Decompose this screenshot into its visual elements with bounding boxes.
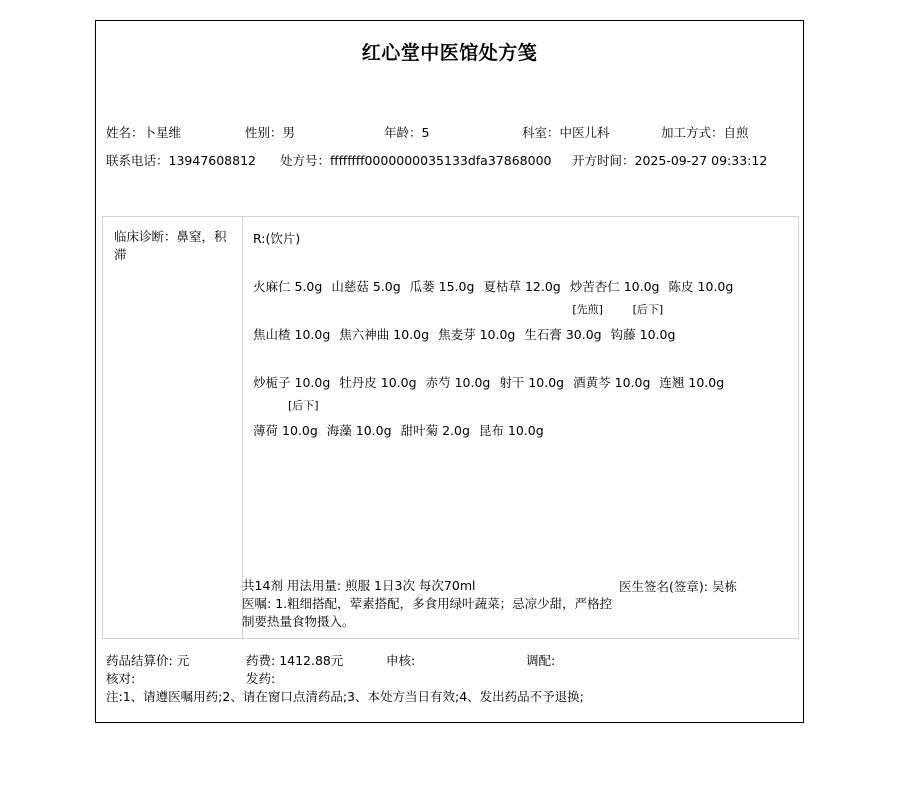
- herb-item: 海藻 10.0g: [327, 421, 392, 439]
- issue-field: 发药:: [246, 669, 275, 687]
- herb-item: [后下]钩藤 10.0g: [611, 325, 676, 343]
- herb-line-3: 炒栀子 10.0g牡丹皮 10.0g赤芍 10.0g射干 10.0g酒黄芩 10…: [253, 373, 733, 391]
- doctor-signature: 医生签名(签章): 吴栋: [619, 577, 737, 595]
- usage-dosage: 共14剂 用法用量: 煎服 1日3次 每次70ml: [242, 577, 622, 595]
- herb-item: 焦六神曲 10.0g: [339, 325, 429, 343]
- prescription-sheet: 红心堂中医馆处方笺 姓名：卜星维 性别：男 年龄：5 科室：中医儿科 加工方式：…: [95, 20, 804, 723]
- decoction-note: [先煎]: [572, 301, 603, 317]
- herb-line-1: 火麻仁 5.0g山慈菇 5.0g瓜蒌 15.0g夏枯草 12.0g炒苦杏仁 10…: [253, 277, 742, 295]
- decoction-note: [后下]: [633, 301, 664, 317]
- drug-fee: 药费: 1412.88元: [246, 651, 343, 669]
- dispense-field: 调配:: [526, 651, 555, 669]
- prescription-time: 开方时间：2025-09-27 09:33:12: [572, 151, 767, 169]
- patient-gender: 性别：男: [245, 123, 295, 141]
- medical-advice: 医嘱: 1.粗细搭配，荤素搭配，多食用绿叶蔬菜；忌凉少甜，严格控制要热量食物摄入…: [242, 595, 617, 631]
- processing-method: 加工方式：自煎: [661, 123, 749, 141]
- contact-phone: 联系电话：13947608812: [106, 151, 256, 169]
- herb-item: [先煎]生石膏 30.0g: [524, 325, 601, 343]
- herb-item: 昆布 10.0g: [479, 421, 544, 439]
- herb-item: 甜叶菊 2.0g: [401, 421, 470, 439]
- herb-item: 酒黄芩 10.0g: [573, 373, 650, 391]
- clinical-diagnosis: 临床诊断：鼻窒，积滞: [114, 228, 236, 264]
- herb-item: 射干 10.0g: [499, 373, 564, 391]
- rx-type-label: R:(饮片): [253, 229, 300, 247]
- department: 科室：中医儿科: [522, 123, 610, 141]
- herb-item: 山慈菇 5.0g: [331, 277, 400, 295]
- decoction-note: [后下]: [288, 397, 319, 413]
- herb-item: 焦山楂 10.0g: [253, 325, 330, 343]
- footer-notes: 注:1、请遵医嘱用药;2、请在窗口点清药品;3、本处方当日有效;4、发出药品不予…: [106, 687, 584, 705]
- herb-item: 夏枯草 12.0g: [483, 277, 560, 295]
- herb-item: 连翘 10.0g: [659, 373, 724, 391]
- prescription-number: 处方号：ffffffff0000000035133dfa37868000: [280, 151, 551, 169]
- herb-item: 瓜蒌 15.0g: [410, 277, 475, 295]
- patient-name: 姓名：卜星维: [106, 123, 181, 141]
- herb-item: 火麻仁 5.0g: [253, 277, 322, 295]
- settlement-price: 药品结算价: 元: [106, 651, 189, 669]
- prescription-content: R:(饮片) 火麻仁 5.0g山慈菇 5.0g瓜蒌 15.0g夏枯草 12.0g…: [253, 217, 798, 638]
- herb-item: 焦麦芽 10.0g: [438, 325, 515, 343]
- prescription-box: 临床诊断：鼻窒，积滞 R:(饮片) 火麻仁 5.0g山慈菇 5.0g瓜蒌 15.…: [102, 216, 799, 639]
- patient-age: 年龄：5: [384, 123, 429, 141]
- herb-item: [后下]薄荷 10.0g: [253, 421, 318, 439]
- herb-line-2: 焦山楂 10.0g焦六神曲 10.0g焦麦芽 10.0g[先煎]生石膏 30.0…: [253, 325, 684, 343]
- herb-item: 陈皮 10.0g: [669, 277, 734, 295]
- herb-item: 牡丹皮 10.0g: [339, 373, 416, 391]
- herb-item: 赤芍 10.0g: [426, 373, 491, 391]
- check-field: 核对:: [106, 669, 135, 687]
- herb-line-4: [后下]薄荷 10.0g海藻 10.0g甜叶菊 2.0g昆布 10.0g: [253, 421, 553, 439]
- herb-item: 炒苦杏仁 10.0g: [570, 277, 660, 295]
- herb-item: 炒栀子 10.0g: [253, 373, 330, 391]
- column-divider: [242, 217, 243, 638]
- review-field: 申核:: [386, 651, 415, 669]
- page-title: 红心堂中医馆处方笺: [96, 38, 803, 65]
